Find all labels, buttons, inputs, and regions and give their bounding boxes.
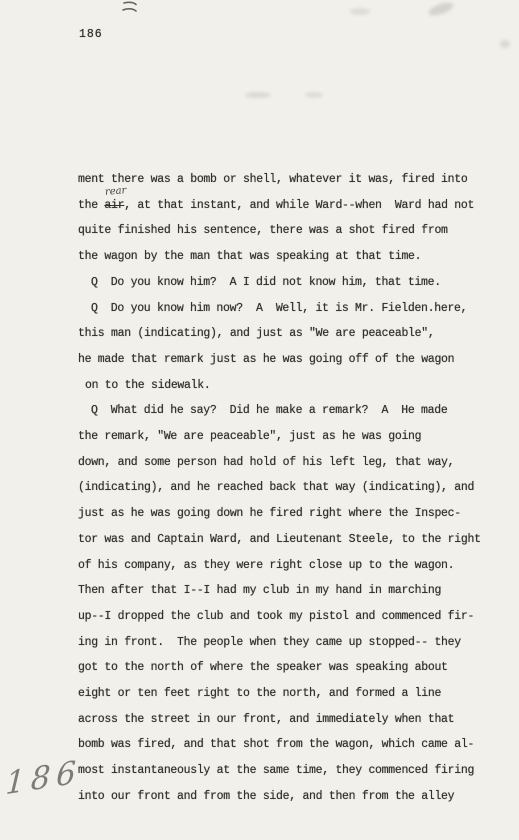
text-line: into our front and from the side, and th… (78, 784, 498, 810)
paper-smudge (500, 40, 510, 48)
paper-smudge (305, 92, 323, 98)
handwritten-correction: rear (105, 186, 127, 198)
text-line: the wagon by the man that was speaking a… (78, 244, 498, 270)
paper-smudge (245, 92, 271, 98)
text-line: across the street in our front, and imme… (78, 707, 498, 733)
text-segment: the (78, 199, 104, 212)
paper-smudge (427, 0, 455, 18)
text-line: of his company, as they were right close… (78, 553, 498, 579)
text-line: bomb was fired, and that shot from the w… (78, 732, 498, 758)
text-line: got to the north of where the speaker wa… (78, 655, 498, 681)
document-page: 186 ment there was a bomb or shell, what… (0, 0, 519, 840)
paper-smudge (350, 8, 370, 15)
text-line: on to the sidewalk. (78, 373, 498, 399)
text-line: Then after that I--I had my club in my h… (78, 578, 498, 604)
text-line: Q Do you know him now? A Well, it is Mr.… (78, 296, 498, 322)
text-line: the airrear, at that instant, and while … (78, 193, 498, 219)
text-line: eight or ten feet right to the north, an… (78, 681, 498, 707)
text-line: Q Do you know him? A I did not know him,… (78, 270, 498, 296)
text-line: just as he was going down he fired right… (78, 501, 498, 527)
typewritten-text-block: ment there was a bomb or shell, whatever… (78, 167, 498, 810)
page-number: 186 (79, 28, 103, 41)
pencil-scribble-icon (122, 1, 138, 13)
text-line: down, and some person had hold of his le… (78, 450, 498, 476)
text-line: ment there was a bomb or shell, whatever… (78, 167, 498, 193)
text-line: Q What did he say? Did he make a remark?… (78, 398, 498, 424)
text-segment: , at that instant, and while Ward--when … (124, 199, 474, 212)
text-line: quite finished his sentence, there was a… (78, 218, 498, 244)
text-line: he made that remark just as he was going… (78, 347, 498, 373)
text-line: up--I dropped the club and took my pisto… (78, 604, 498, 630)
text-line: ing in front. The people when they came … (78, 630, 498, 656)
text-line: this man (indicating), and just as "We a… (78, 321, 498, 347)
text-line: the remark, "We are peaceable", just as … (78, 424, 498, 450)
text-line: tor was and Captain Ward, and Lieutenant… (78, 527, 498, 553)
struck-word: airrear (104, 199, 124, 212)
text-line: (indicating), and he reached back that w… (78, 475, 498, 501)
text-line: most instantaneously at the same time, t… (78, 758, 498, 784)
handwritten-page-number: 186 (5, 754, 83, 803)
